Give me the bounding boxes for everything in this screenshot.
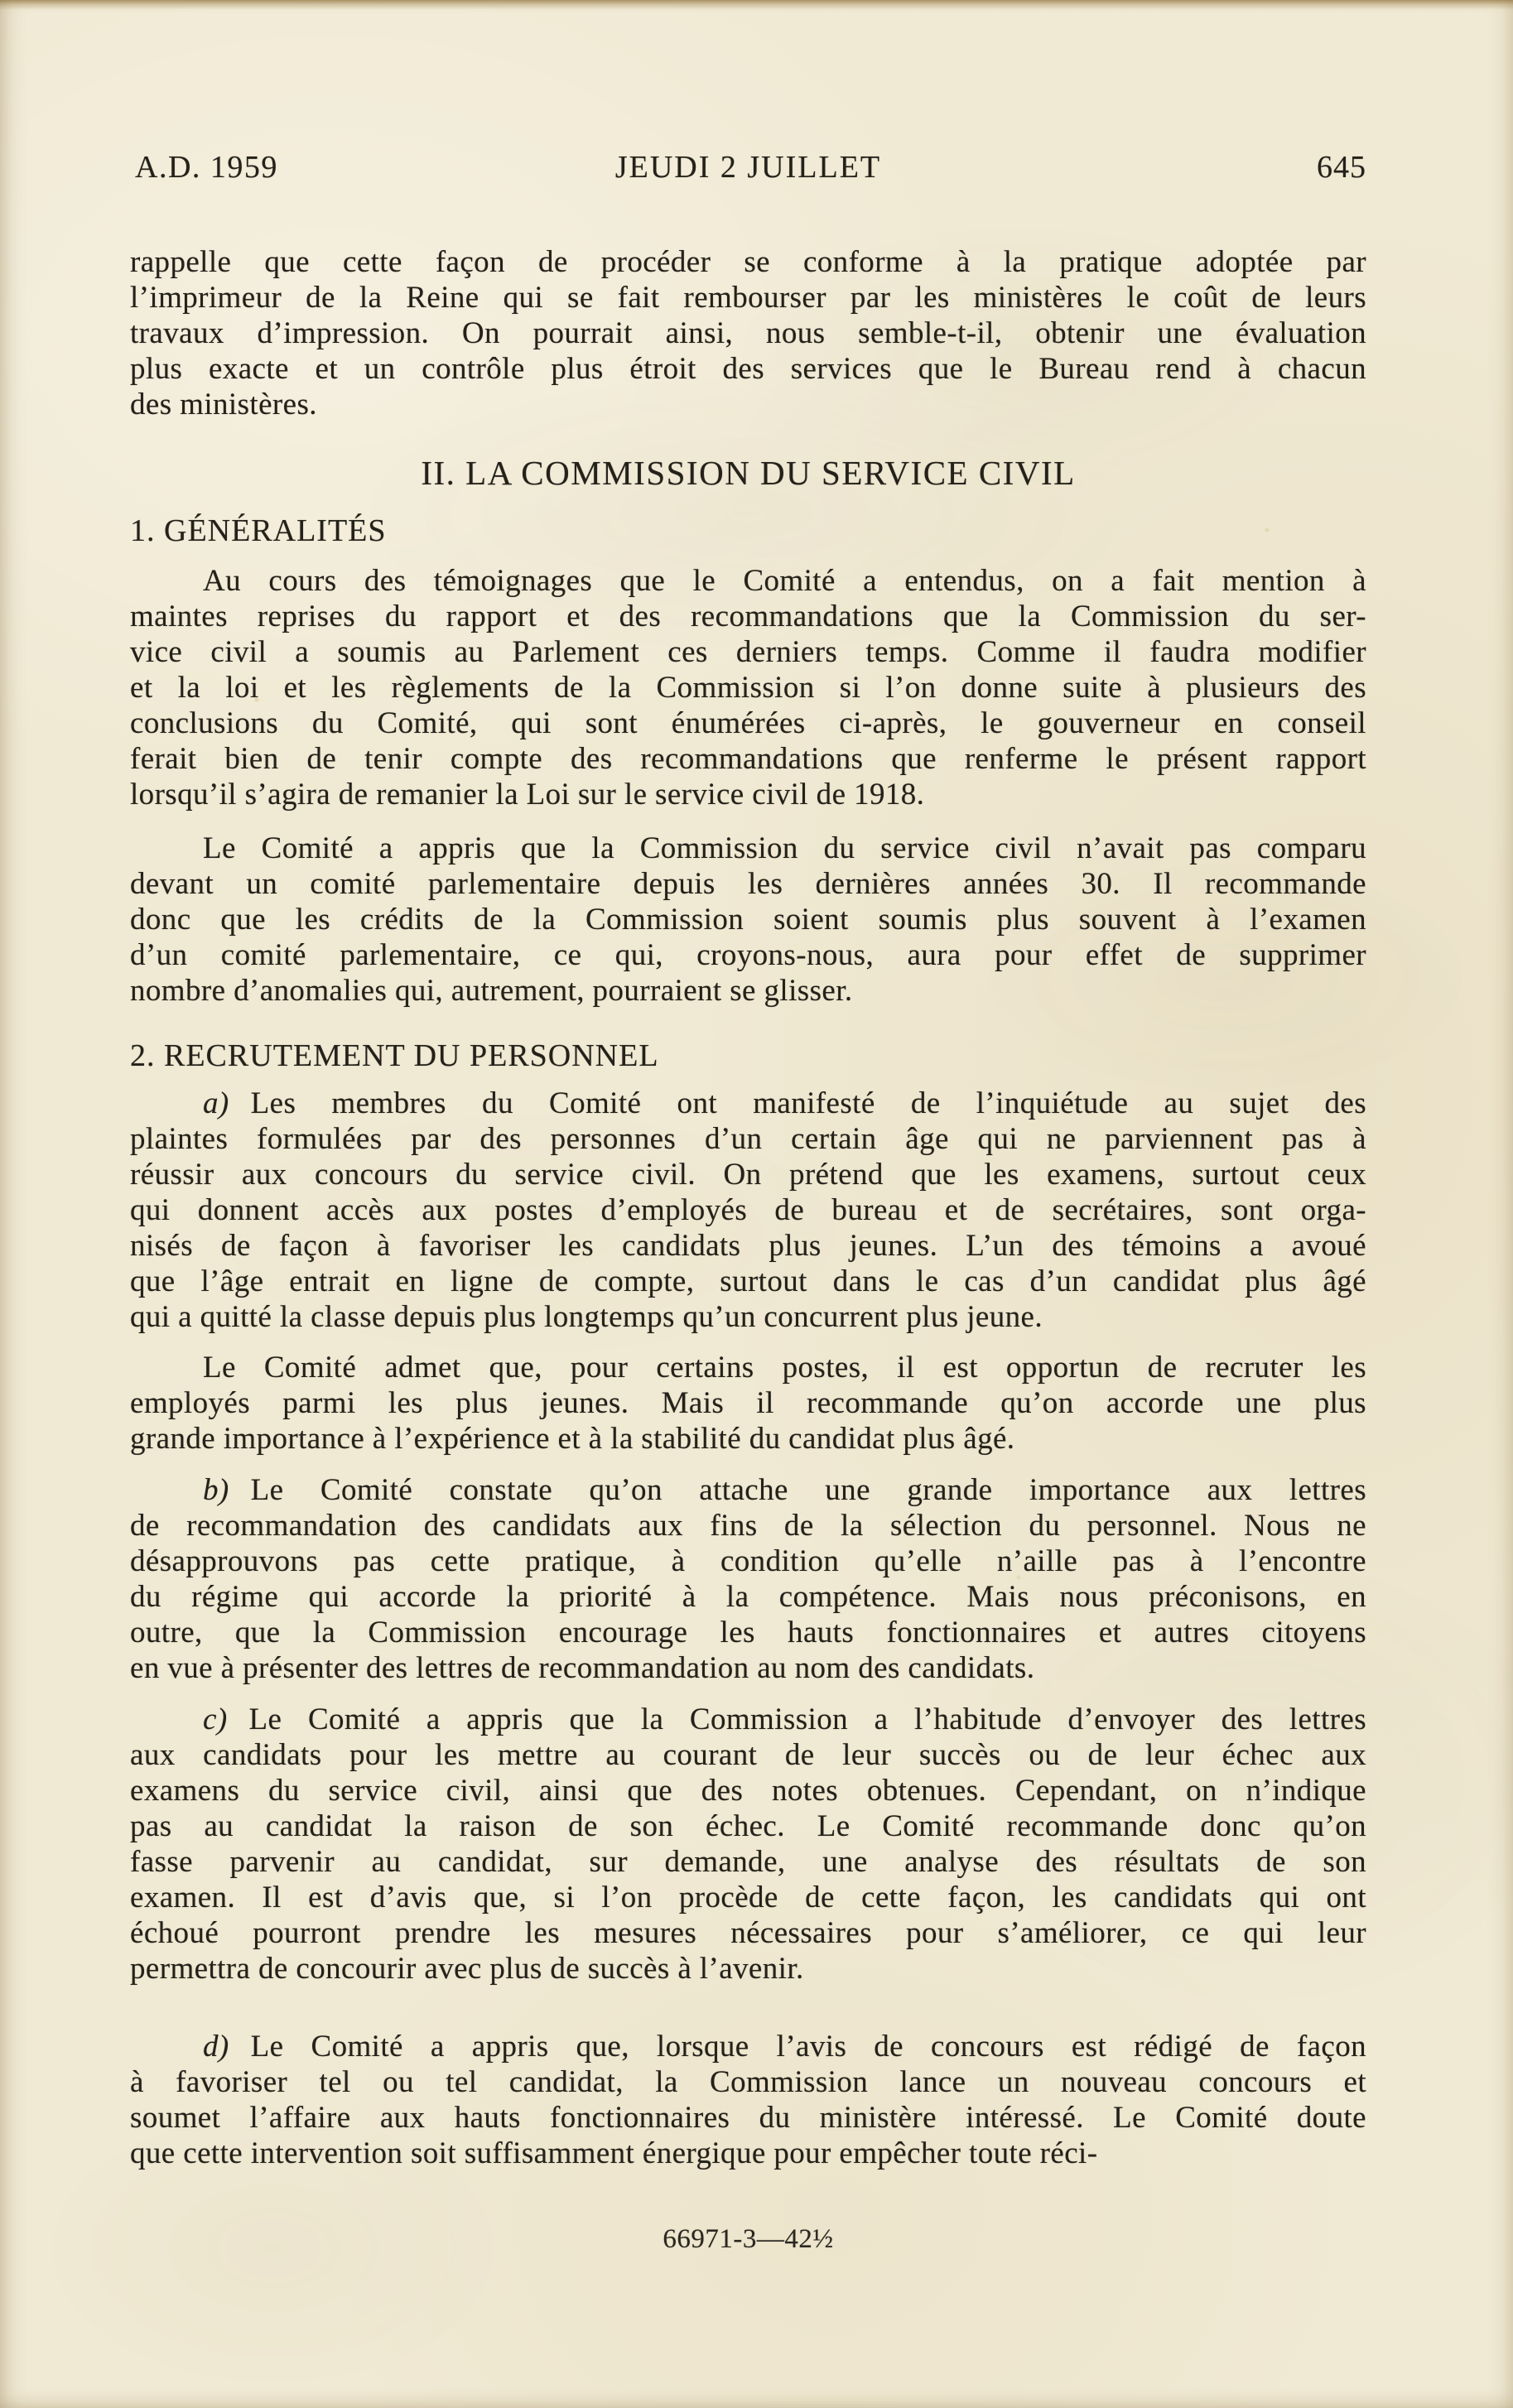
paragraph-generalites-2: Le Comité a appris que la Commission du … <box>130 831 1366 1009</box>
header-day-title: JEUDI 2 JUILLET <box>130 150 1366 185</box>
text-line: Le Comité a appris que la Commission du … <box>130 831 1366 866</box>
section-heading-commission-service-civil: II. LA COMMISSION DU SERVICE CIVIL <box>130 455 1366 491</box>
text-line: nisés de façon à favoriser les candidats… <box>130 1228 1366 1264</box>
paragraph-generalites-1: Au cours des témoignages que le Comité a… <box>130 563 1366 812</box>
text-line: conclusions du Comité, qui sont énumérée… <box>130 706 1366 741</box>
text-line: que l’âge entrait en ligne de compte, su… <box>130 1264 1366 1299</box>
paragraph-item-d: d)Le Comité a appris que, lorsque l’avis… <box>130 2029 1366 2171</box>
paragraph-continuation: rappelle que cette façon de procéder se … <box>130 244 1366 422</box>
text-line: ferait bien de tenir compte des recomman… <box>130 741 1366 777</box>
text-line: grande importance à l’expérience et à la… <box>130 1421 1366 1457</box>
text-line: c)Le Comité a appris que la Commission a… <box>130 1702 1366 1737</box>
text-line: travaux d’impression. On pourrait ainsi,… <box>130 315 1366 351</box>
text-line: d’un comité parlementaire, ce qui, croyo… <box>130 937 1366 973</box>
item-marker: a) <box>203 1086 229 1120</box>
text-line: Le Comité admet que, pour certains poste… <box>130 1350 1366 1385</box>
content-area: rappelle que cette façon de procéder se … <box>130 244 1366 2171</box>
text-line: à favoriser tel ou tel candidat, la Comm… <box>130 2064 1366 2100</box>
text-line: donc que les crédits de la Commission so… <box>130 902 1366 937</box>
text-line: réussir aux concours du service civil. O… <box>130 1157 1366 1192</box>
text-line: examens du service civil, ainsi que des … <box>130 1773 1366 1808</box>
text-line: devant un comité parlementaire depuis le… <box>130 866 1366 902</box>
document-page: A.D. 1959 JEUDI 2 JUILLET 645 rappelle q… <box>0 0 1513 2408</box>
page-header: A.D. 1959 JEUDI 2 JUILLET 645 <box>130 150 1366 185</box>
text-line: en vue à présenter des lettres de recomm… <box>130 1650 1366 1686</box>
scan-top-edge <box>0 0 1513 10</box>
text-line: qui a quitté la classe depuis plus longt… <box>130 1299 1366 1335</box>
text-line: de recommandation des candidats aux fins… <box>130 1508 1366 1544</box>
text-line: nombre d’anomalies qui, autrement, pourr… <box>130 973 1366 1009</box>
subsection-heading-generalites: 1. GÉNÉRALITÉS <box>130 513 1366 549</box>
text-line: Au cours des témoignages que le Comité a… <box>130 563 1366 599</box>
text-line: examen. Il est d’avis que, si l’on procè… <box>130 1880 1366 1915</box>
text-line: qui donnent accès aux postes d’employés … <box>130 1192 1366 1228</box>
text-line: que cette intervention soit suffisamment… <box>130 2136 1366 2171</box>
text-line: soumet l’affaire aux hauts fonctionnaire… <box>130 2100 1366 2136</box>
footer-print-code: 66971-3—42½ <box>130 2224 1366 2255</box>
text-line: b)Le Comité constate qu’on attache une g… <box>130 1472 1366 1508</box>
text-line: aux candidats pour les mettre au courant… <box>130 1737 1366 1773</box>
text-line: permettra de concourir avec plus de succ… <box>130 1951 1366 1987</box>
header-page-number: 645 <box>1317 150 1366 185</box>
text-line: rappelle que cette façon de procéder se … <box>130 244 1366 280</box>
item-marker: c) <box>203 1702 228 1736</box>
text-line: l’imprimeur de la Reine qui se fait remb… <box>130 280 1366 315</box>
text-line: a)Les membres du Comité ont manifesté de… <box>130 1086 1366 1121</box>
item-marker: d) <box>203 2030 229 2064</box>
paragraph-item-b: b)Le Comité constate qu’on attache une g… <box>130 1472 1366 1686</box>
text-line: du régime qui accorde la priorité à la c… <box>130 1579 1366 1615</box>
paragraph-item-c: c)Le Comité a appris que la Commission a… <box>130 1702 1366 1987</box>
text-line: vice civil a soumis au Parlement ces der… <box>130 634 1366 670</box>
paragraph-recrutement-admet: Le Comité admet que, pour certains poste… <box>130 1350 1366 1457</box>
text-line: plaintes formulées par des personnes d’u… <box>130 1121 1366 1157</box>
text-line: pas au candidat la raison de son échec. … <box>130 1808 1366 1844</box>
text-line: fasse parvenir au candidat, sur demande,… <box>130 1844 1366 1880</box>
paragraph-item-a: a)Les membres du Comité ont manifesté de… <box>130 1086 1366 1335</box>
print-code-text: 66971-3—42½ <box>663 2224 833 2254</box>
text-line: et la loi et les règlements de la Commis… <box>130 670 1366 706</box>
text-line: plus exacte et un contrôle plus étroit d… <box>130 351 1366 387</box>
text-line: désapprouvons pas cette pratique, à cond… <box>130 1544 1366 1579</box>
text-line: lorsqu’il s’agira de remanier la Loi sur… <box>130 777 1366 812</box>
text-line: outre, que la Commission encourage les h… <box>130 1615 1366 1650</box>
text-line: des ministères. <box>130 387 1366 422</box>
item-marker: b) <box>203 1473 229 1507</box>
text-line: échoué pourront prendre les mesures néce… <box>130 1915 1366 1951</box>
text-line: employés parmi les plus jeunes. Mais il … <box>130 1385 1366 1421</box>
text-line: d)Le Comité a appris que, lorsque l’avis… <box>130 2029 1366 2064</box>
subsection-heading-recrutement: 2. RECRUTEMENT DU PERSONNEL <box>130 1038 1366 1074</box>
text-line: maintes reprises du rapport et des recom… <box>130 599 1366 634</box>
